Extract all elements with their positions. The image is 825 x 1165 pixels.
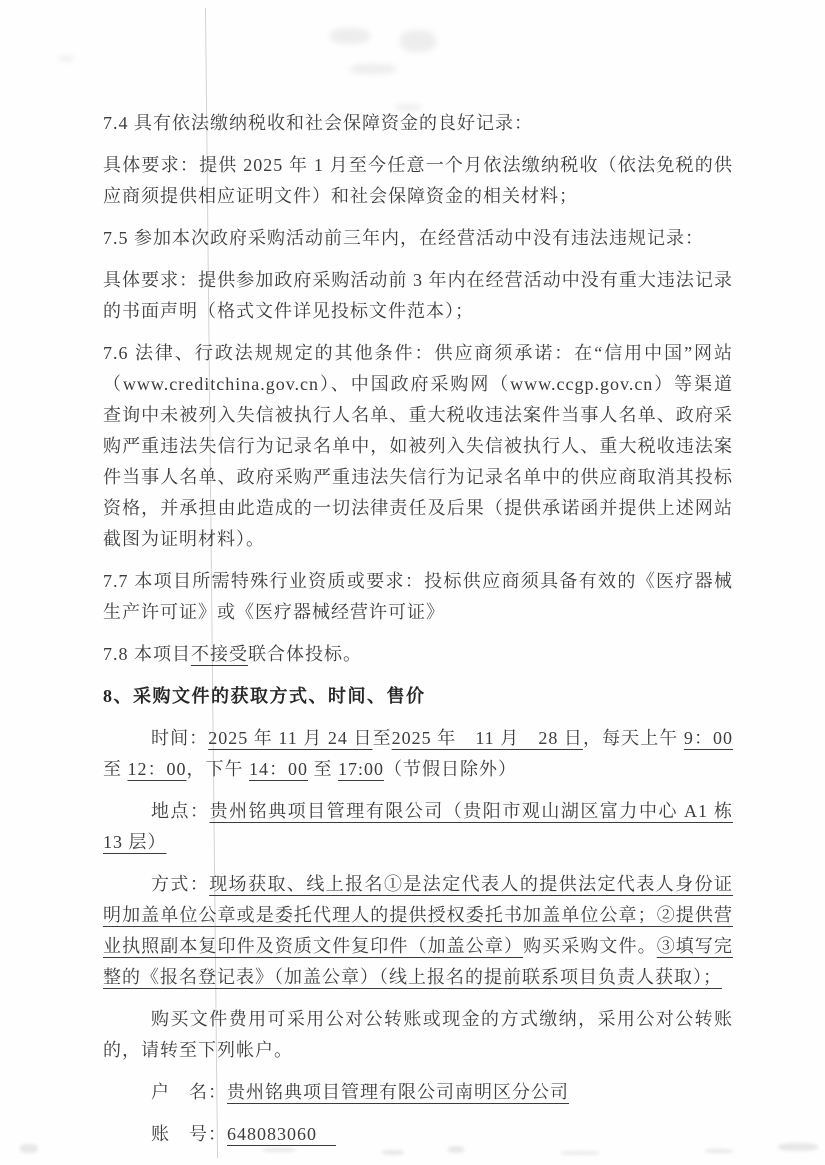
text-run: 购买采购文件。 xyxy=(523,936,657,956)
text-run: 至 xyxy=(308,759,338,779)
text-run: 8、采购文件的获取方式、时间、售价 xyxy=(103,686,426,706)
account-name: 户 名：贵州铭典项目管理有限公司南明区分公司 xyxy=(103,1077,733,1108)
text-run: ，每天上午 xyxy=(583,728,684,748)
text-run: 户 名： xyxy=(151,1082,227,1102)
text-run: 至 xyxy=(103,759,128,779)
underlined-text: 14：00 xyxy=(249,759,308,779)
text-run: 7.5 参加本次政府采购活动前三年内，在经营活动中没有违法违规记录： xyxy=(103,228,704,248)
section-8-heading: 8、采购文件的获取方式、时间、售价 xyxy=(103,681,733,712)
scan-smudge xyxy=(20,1144,38,1153)
scan-smudge xyxy=(400,30,436,52)
text-run: 至 xyxy=(373,728,392,748)
clause-7-5-requirement: 具体要求：提供参加政府采购活动前 3 年内在经营活动中没有重大违法记录的书面声明… xyxy=(103,265,733,327)
underlined-text: 12：00 xyxy=(128,759,187,779)
underlined-text: 2025 年 11 月 28 日 xyxy=(392,728,583,748)
scan-smudge xyxy=(58,56,74,61)
payment-note: 购买文件费用可采用公对公转账或现金的方式缴纳，采用公对公转账的，请转至下列帐户。 xyxy=(103,1004,733,1066)
clause-7-6: 7.6 法律、行政法规规定的其他条件：供应商须承诺：在“信用中国”网站（www.… xyxy=(103,338,733,555)
clause-7-4-requirement: 具体要求：提供 2025 年 1 月至今任意一个月依法缴纳税收（依法免税的供应商… xyxy=(103,150,733,212)
text-run: 7.6 法律、行政法规规定的其他条件：供应商须承诺：在“信用中国”网站（www.… xyxy=(103,343,733,549)
text-run: 7.8 本项目 xyxy=(103,644,191,664)
text-run: （节假日除外） xyxy=(384,759,517,779)
scan-smudge xyxy=(330,28,370,44)
text-run: 7.4 具有依法缴纳税收和社会保障资金的良好记录： xyxy=(103,113,533,133)
text-run: 时间： xyxy=(151,728,208,748)
clause-7-8: 7.8 本项目不接受联合体投标。 xyxy=(103,639,733,670)
text-run: ，下午 xyxy=(187,759,250,779)
acquisition-method: 方式：现场获取、线上报名①是法定代表人的提供法定代表人身份证明加盖单位公章或是委… xyxy=(103,869,733,993)
text-run: 方式： xyxy=(151,874,209,894)
text-run: 具体要求：提供参加政府采购活动前 3 年内在经营活动中没有重大违法记录的书面声明… xyxy=(103,270,733,321)
account-number: 账 号：648083060 xyxy=(103,1119,733,1150)
scan-smudge xyxy=(778,1143,818,1151)
underlined-text: 648083060 xyxy=(227,1124,336,1144)
clause-7-5: 7.5 参加本次政府采购活动前三年内，在经营活动中没有违法违规记录： xyxy=(103,223,733,254)
scanned-document-page: 7.4 具有依法缴纳税收和社会保障资金的良好记录：具体要求：提供 2025 年 … xyxy=(0,0,825,1165)
text-run: 7.7 本项目所需特殊行业资质或要求：投标供应商须具备有效的《医疗器械生产许可证… xyxy=(103,571,733,622)
text-run: 联合体投标。 xyxy=(248,644,362,664)
document-body: 7.4 具有依法缴纳税收和社会保障资金的良好记录：具体要求：提供 2025 年 … xyxy=(103,108,733,1161)
underlined-text: 贵州铭典项目管理有限公司南明区分公司 xyxy=(227,1082,569,1102)
underlined-text: 不接受 xyxy=(191,644,248,664)
underlined-text: 2025 年 11 月 24 日 xyxy=(208,728,372,748)
text-run: 地点： xyxy=(151,801,210,821)
underlined-text: 17:00 xyxy=(338,759,384,779)
clause-7-4: 7.4 具有依法缴纳税收和社会保障资金的良好记录： xyxy=(103,108,733,139)
scan-smudge xyxy=(350,64,396,74)
underlined-text: 9：00 xyxy=(684,728,733,748)
acquisition-time: 时间：2025 年 11 月 24 日至2025 年 11 月 28 日，每天上… xyxy=(103,723,733,785)
text-run: 账 号： xyxy=(151,1124,227,1144)
text-run: 具体要求：提供 2025 年 1 月至今任意一个月依法缴纳税收（依法免税的供应商… xyxy=(103,155,733,206)
text-run: 购买文件费用可采用公对公转账或现金的方式缴纳，采用公对公转账的，请转至下列帐户。 xyxy=(103,1009,733,1060)
acquisition-location: 地点：贵州铭典项目管理有限公司（贵阳市观山湖区富力中心 A1 栋 13 层） xyxy=(103,796,733,858)
clause-7-7: 7.7 本项目所需特殊行业资质或要求：投标供应商须具备有效的《医疗器械生产许可证… xyxy=(103,566,733,628)
